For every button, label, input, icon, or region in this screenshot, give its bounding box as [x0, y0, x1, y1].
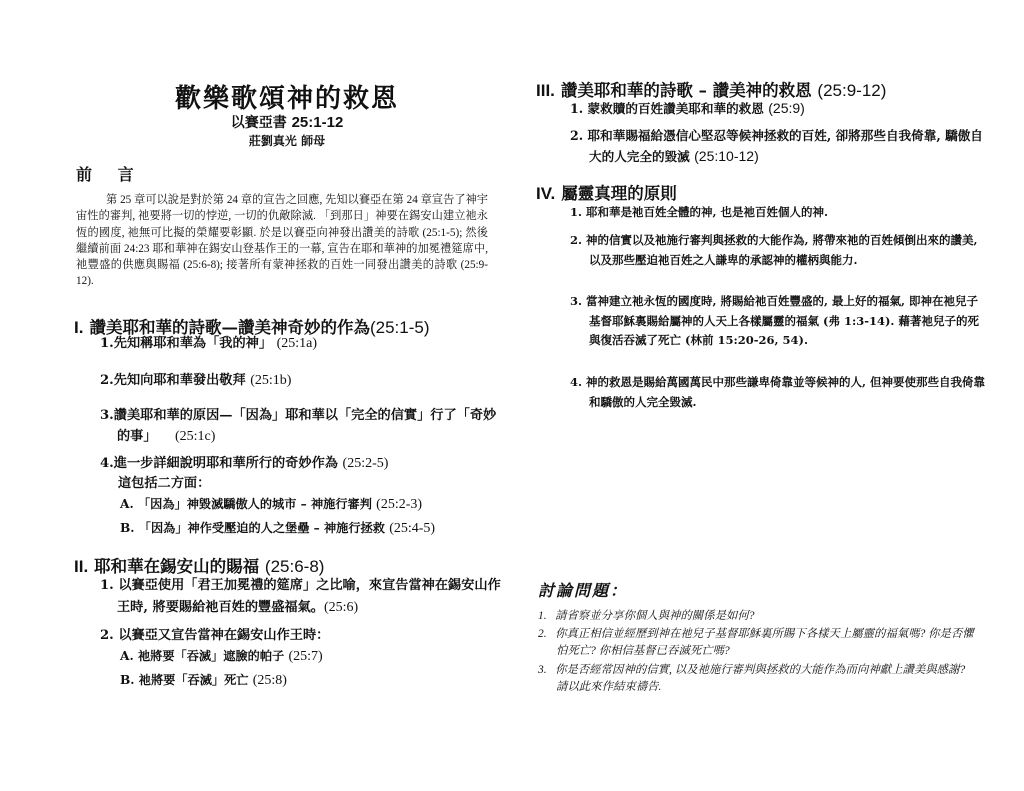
section-heading-4: IV.屬靈真理的原則	[536, 180, 677, 204]
document-title: 歡樂歌頌神的救恩	[72, 78, 502, 115]
outline-item: 1. 耶和華是祂百姓全體的神, 也是祂百姓個人的神.	[570, 203, 989, 222]
discussion-question: 2. 你真正相信並經歷到神在祂兒子基督耶穌裏所賜下各樣天上屬靈的福氣嗎? 你是否…	[538, 626, 976, 660]
section-ref: (25:6-8)	[265, 557, 325, 576]
chapter-verses: 25:1-12	[292, 114, 344, 131]
discussion-question: 3. 你是否經常因神的信實, 以及祂施行審判與拯救的大能作為而向神獻上讚美與感謝…	[538, 662, 976, 696]
outline-item: 2. 以賽亞又宣告當神在錫安山作王時：	[100, 625, 480, 646]
preface-heading: 前 言	[76, 162, 144, 185]
section-number: I.	[74, 318, 83, 337]
outline-item: 4. 神的救恩是賜給萬國萬民中那些謙卑倚靠並等候神的人, 但神要使那些自我倚靠和…	[570, 373, 985, 412]
outline-item: 這包括二方面：	[118, 473, 478, 494]
discussion-question: 1. 請省察並分享你個人與神的關係是如何?	[538, 608, 976, 625]
outline-item: 1. 以賽亞使用「君王加冕禮的筵席」之比喻，來宣告當神在錫安山作王時, 將要賜給…	[100, 575, 503, 619]
outline-item: 1. 蒙救贖的百姓讚美耶和華的救恩 (25:9)	[570, 98, 989, 119]
outline-subitem: A. 「因為」神毀滅驕傲人的城市 – 神施行審判 (25:2-3)	[120, 494, 500, 515]
preface-body: 第 25 章可以說是對於第 24 章的宣告之回應, 先知以賽亞在第 24 章宣告…	[76, 192, 488, 290]
outline-item: 2.先知向耶和華發出敬拜 (25:1b)	[100, 370, 480, 391]
section-number: IV.	[536, 184, 555, 203]
section-heading-2: II.耶和華在錫安山的賜福 (25:6-8)	[74, 553, 324, 577]
scripture-reference: 以賽亞書 25:1-12	[72, 112, 502, 132]
outline-subitem: B. 「因為」神作受壓迫的人之堡壘 – 神施行拯救 (25:4-5)	[120, 518, 500, 539]
outline-item: 2. 耶和華賜福給憑信心堅忍等候神拯救的百姓, 卻將那些自我倚靠, 驕傲自大的人…	[570, 125, 985, 167]
outline-subitem: B. 祂將要「吞滅」死亡 (25:8)	[120, 670, 480, 691]
outline-item: 1.先知稱耶和華為「我的神」 (25:1a)	[100, 333, 480, 354]
section-number: III.	[536, 81, 555, 100]
document-page: 歡樂歌頌神的救恩 以賽亞書 25:1-12 莊劉真光 師母 前 言 第 25 章…	[0, 0, 1024, 791]
discussion-heading: 討論問題：	[538, 578, 628, 601]
outline-subitem: A. 祂將要「吞滅」遮臉的帕子 (25:7)	[120, 646, 480, 667]
section-title: 耶和華在錫安山的賜福	[94, 557, 259, 576]
section-title: 屬靈真理的原則	[561, 184, 677, 203]
outline-item: 2. 神的信實以及祂施行審判與拯救的大能作為, 將帶來祂的百姓傾倒出來的讚美, …	[570, 231, 985, 270]
outline-item: 4.進一步詳細說明耶和華所行的奇妙作為 (25:2-5)	[100, 453, 480, 474]
outline-item: 3. 當神建立祂永恆的國度時, 將賜給祂百姓豐盛的, 最上好的福氣, 即神在祂兒…	[570, 292, 985, 351]
section-number: II.	[74, 557, 88, 576]
author: 莊劉真光 師母	[72, 132, 502, 149]
outline-item: 3.讚美耶和華的原因—「因為」耶和華以「完全的信實」行了「奇妙的事」 (25:1…	[100, 405, 509, 447]
book-name: 以賽亞書	[231, 115, 287, 131]
